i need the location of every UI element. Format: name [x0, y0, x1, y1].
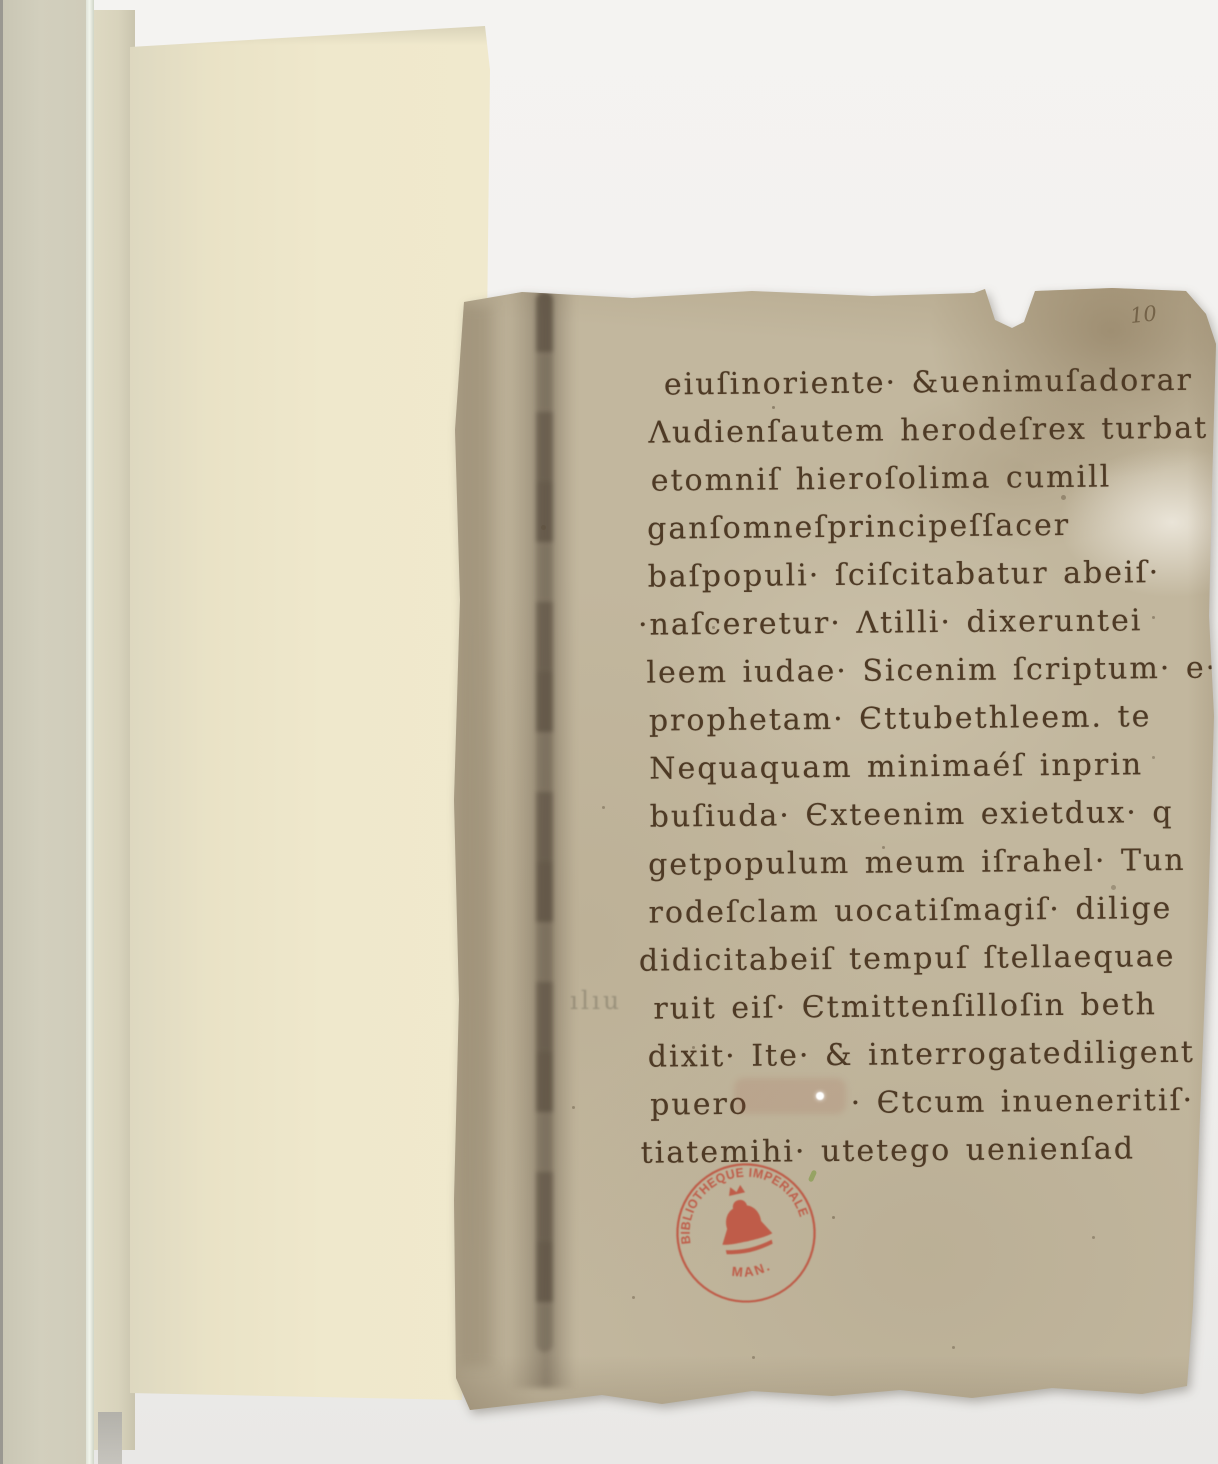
- blank-guard-sheet: [128, 26, 490, 1404]
- eagle-icon: [713, 1194, 772, 1247]
- book-cover-edge: [3, 0, 86, 1464]
- parchment-leaf-wrap: 10 eiuſinoriente· &uenimuſadorarΛudienſa…: [452, 286, 1218, 1412]
- text-line: leem iudae· Sicenim ſcriptum· e·: [646, 647, 1217, 696]
- parchment-leaf: 10 eiuſinoriente· &uenimuſadorarΛudienſa…: [452, 286, 1218, 1412]
- text-line: ganſomneſprincipeſſacer: [647, 504, 1070, 552]
- manuscript-photo: 10 eiuſinoriente· &uenimuſadorarΛudienſa…: [0, 0, 1218, 1464]
- crowned-imperial-eagle-icon: [710, 1180, 775, 1257]
- text-line: ruit eiſ· Єtmittenſilloſin beth: [653, 983, 1157, 1031]
- crown-icon: [727, 1184, 745, 1196]
- text-line: ·naſceretur· Λtilli· dixeruntei: [638, 599, 1143, 647]
- text-line: didicitabeiſ tempuſ ſtellaequae: [639, 935, 1176, 984]
- text-line: eiuſinoriente· &uenimuſadorar: [664, 359, 1193, 408]
- text-line: puero · Єtcum inueneritiſ·: [650, 1079, 1194, 1128]
- text-line: baſpopuli· ſciſcitabatur abeiſ·: [647, 551, 1160, 599]
- glare-spot: [816, 1092, 824, 1100]
- text-line: prophetam· Єttubethleem. te: [649, 695, 1152, 743]
- faded-margin-note: ılıu: [570, 986, 622, 1015]
- stamp-bottom-text: MAN.: [728, 1255, 774, 1284]
- text-line: Nequaquam minimaéſ inprin: [649, 743, 1143, 791]
- flyleaf-foot-shadow: [98, 1412, 122, 1464]
- erased-text-trace: [734, 1078, 846, 1114]
- flyleaf-edge: [94, 10, 135, 1450]
- text-line: getpopulum meum iſrahel· Tun: [648, 839, 1186, 888]
- text-line: buſiuda· Єxteenim exietdux· q: [650, 791, 1174, 840]
- text-line: dixit· Ite· & interrogatediligent: [648, 1031, 1195, 1080]
- text-line: rodeſclam uocatiſmagiſ· dilige: [648, 887, 1172, 936]
- text-line: etomniſ hieroſolima cumill: [651, 456, 1112, 504]
- page-edges-highlight: [86, 0, 94, 1464]
- text-line: Λudienſautem herodeſrex turbat: [648, 407, 1208, 456]
